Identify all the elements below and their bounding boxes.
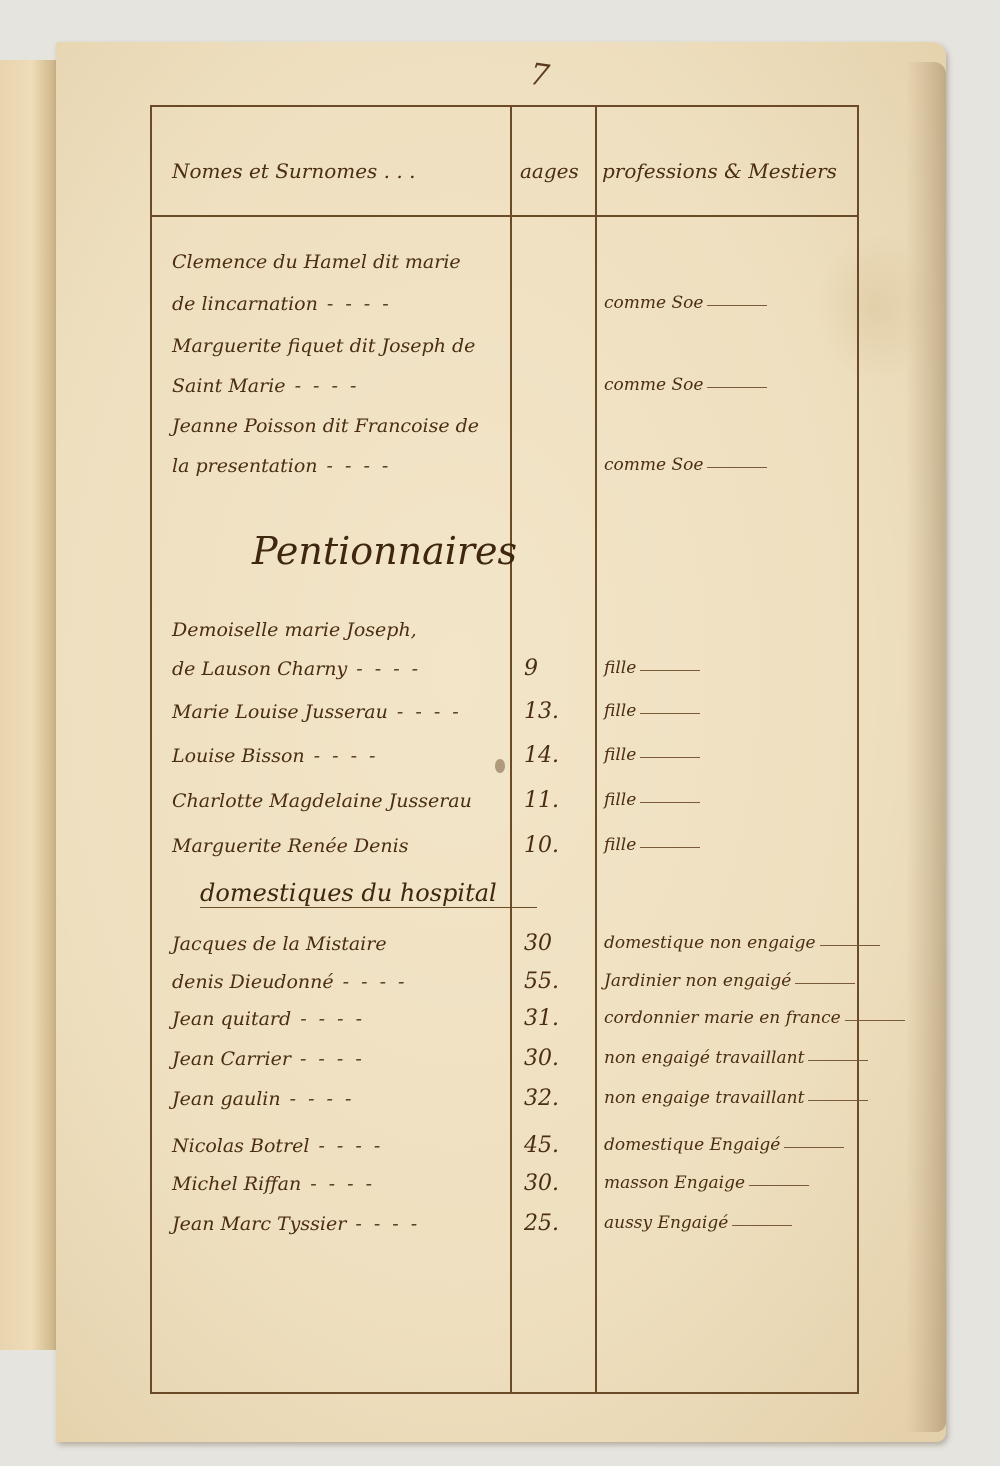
- name-cell: Jean Carrier: [172, 1048, 365, 1070]
- name-line2: Saint Marie: [172, 375, 359, 397]
- table-row: Marguerite fiquet dit Joseph de: [152, 329, 857, 363]
- table-row: Marguerite Renée Denis 10. fille: [152, 829, 857, 863]
- name-cell: denis Dieudonné: [172, 971, 407, 993]
- profession-cell: fille: [604, 658, 636, 678]
- profession-cell: cordonnier marie en france: [604, 1008, 841, 1028]
- ink-spot: [495, 759, 505, 773]
- table-row: Jean gaulin 32. non engaige travaillant: [152, 1082, 857, 1116]
- table-row: denis Dieudonné 55. Jardinier non engaig…: [152, 965, 857, 999]
- register-table: Nomes et Surnomes . . . aages profession…: [150, 105, 859, 1394]
- age-cell: 31.: [524, 1006, 584, 1031]
- age-cell: 30.: [524, 1046, 584, 1071]
- table-row: Marie Louise Jusserau 13. fille: [152, 695, 857, 729]
- name-cell: Jean gaulin: [172, 1088, 354, 1110]
- table-row: Jean Marc Tyssier 25. aussy Engaigé: [152, 1207, 857, 1241]
- name-cell: Marguerite Renée Denis: [172, 835, 408, 857]
- name-cell: Jean quitard: [172, 1008, 365, 1030]
- name-line2: la presentation: [172, 455, 391, 477]
- age-cell: 30.: [524, 1171, 584, 1196]
- profession-cell: comme Soe: [604, 293, 703, 313]
- name-line1: Demoiselle marie Joseph,: [172, 619, 417, 641]
- profession-cell: fille: [604, 701, 636, 721]
- profession-cell: domestique Engaigé: [604, 1135, 780, 1155]
- column-header-age: aages: [520, 159, 579, 183]
- age-cell: 25.: [524, 1211, 584, 1236]
- profession-cell: fille: [604, 745, 636, 765]
- column-header-profession: professions & Mestiers: [602, 159, 837, 183]
- name-cell: Marie Louise Jusserau: [172, 701, 462, 723]
- profession-cell: comme Soe: [604, 455, 703, 475]
- name-cell: Nicolas Botrel: [172, 1135, 383, 1157]
- age-cell: 13.: [524, 699, 584, 724]
- age-cell: 14.: [524, 743, 584, 768]
- table-row: Charlotte Magdelaine Jusserau 11. fille: [152, 784, 857, 818]
- table-row: de lincarnation comme Soe: [152, 287, 857, 321]
- facing-page-edge: [0, 60, 59, 1350]
- table-row: Jean quitard 31. cordonnier marie en fra…: [152, 1002, 857, 1036]
- table-row: Nicolas Botrel 45. domestique Engaigé: [152, 1129, 857, 1163]
- profession-cell: Jardinier non engaigé: [604, 971, 791, 991]
- profession-cell: masson Engaige: [604, 1173, 745, 1193]
- table-row: Jacques de la Mistaire 30 domestique non…: [152, 927, 857, 961]
- table-row: de Lauson Charny 9 fille: [152, 652, 857, 686]
- age-cell: 32.: [524, 1086, 584, 1111]
- age-cell: 45.: [524, 1133, 584, 1158]
- age-cell: 30: [524, 931, 584, 956]
- table-row: Jeanne Poisson dit Francoise de: [152, 409, 857, 443]
- table-row: Jean Carrier 30. non engaigé travaillant: [152, 1042, 857, 1076]
- name-cell: Charlotte Magdelaine Jusserau: [172, 790, 472, 812]
- profession-cell: aussy Engaigé: [604, 1213, 728, 1233]
- name-line1: Marguerite fiquet dit Joseph de: [172, 335, 475, 357]
- section-heading-pentionnaires: Pentionnaires: [252, 529, 517, 573]
- column-header-name: Nomes et Surnomes . . .: [172, 159, 415, 183]
- section-heading-domestiques: domestiques du hospital: [200, 879, 537, 908]
- age-cell: 10.: [524, 833, 584, 858]
- name-line1: Clemence du Hamel dit marie: [172, 251, 461, 273]
- name-line1: Jeanne Poisson dit Francoise de: [172, 415, 479, 437]
- name-line2: de lincarnation: [172, 293, 392, 315]
- name-cell: Louise Bisson: [172, 745, 378, 767]
- age-cell: 55.: [524, 969, 584, 994]
- table-row: Saint Marie comme Soe: [152, 369, 857, 403]
- profession-cell: domestique non engaige: [604, 933, 816, 953]
- table-row: Clemence du Hamel dit marie: [152, 245, 857, 279]
- age-cell: 9: [524, 656, 584, 681]
- name-cell: Michel Riffan: [172, 1173, 375, 1195]
- table-row: Demoiselle marie Joseph,: [152, 613, 857, 647]
- profession-cell: non engaige travaillant: [604, 1088, 804, 1108]
- name-cell: Jacques de la Mistaire: [172, 933, 387, 955]
- profession-cell: fille: [604, 790, 636, 810]
- profession-cell: fille: [604, 835, 636, 855]
- header-rule: [152, 215, 857, 217]
- profession-cell: non engaigé travaillant: [604, 1048, 804, 1068]
- profession-cell: comme Soe: [604, 375, 703, 395]
- name-cell: Jean Marc Tyssier: [172, 1213, 420, 1235]
- name-line2: de Lauson Charny: [172, 658, 421, 680]
- age-cell: 11.: [524, 788, 584, 813]
- table-row: la presentation comme Soe: [152, 449, 857, 483]
- table-row: Michel Riffan 30. masson Engaige: [152, 1167, 857, 1201]
